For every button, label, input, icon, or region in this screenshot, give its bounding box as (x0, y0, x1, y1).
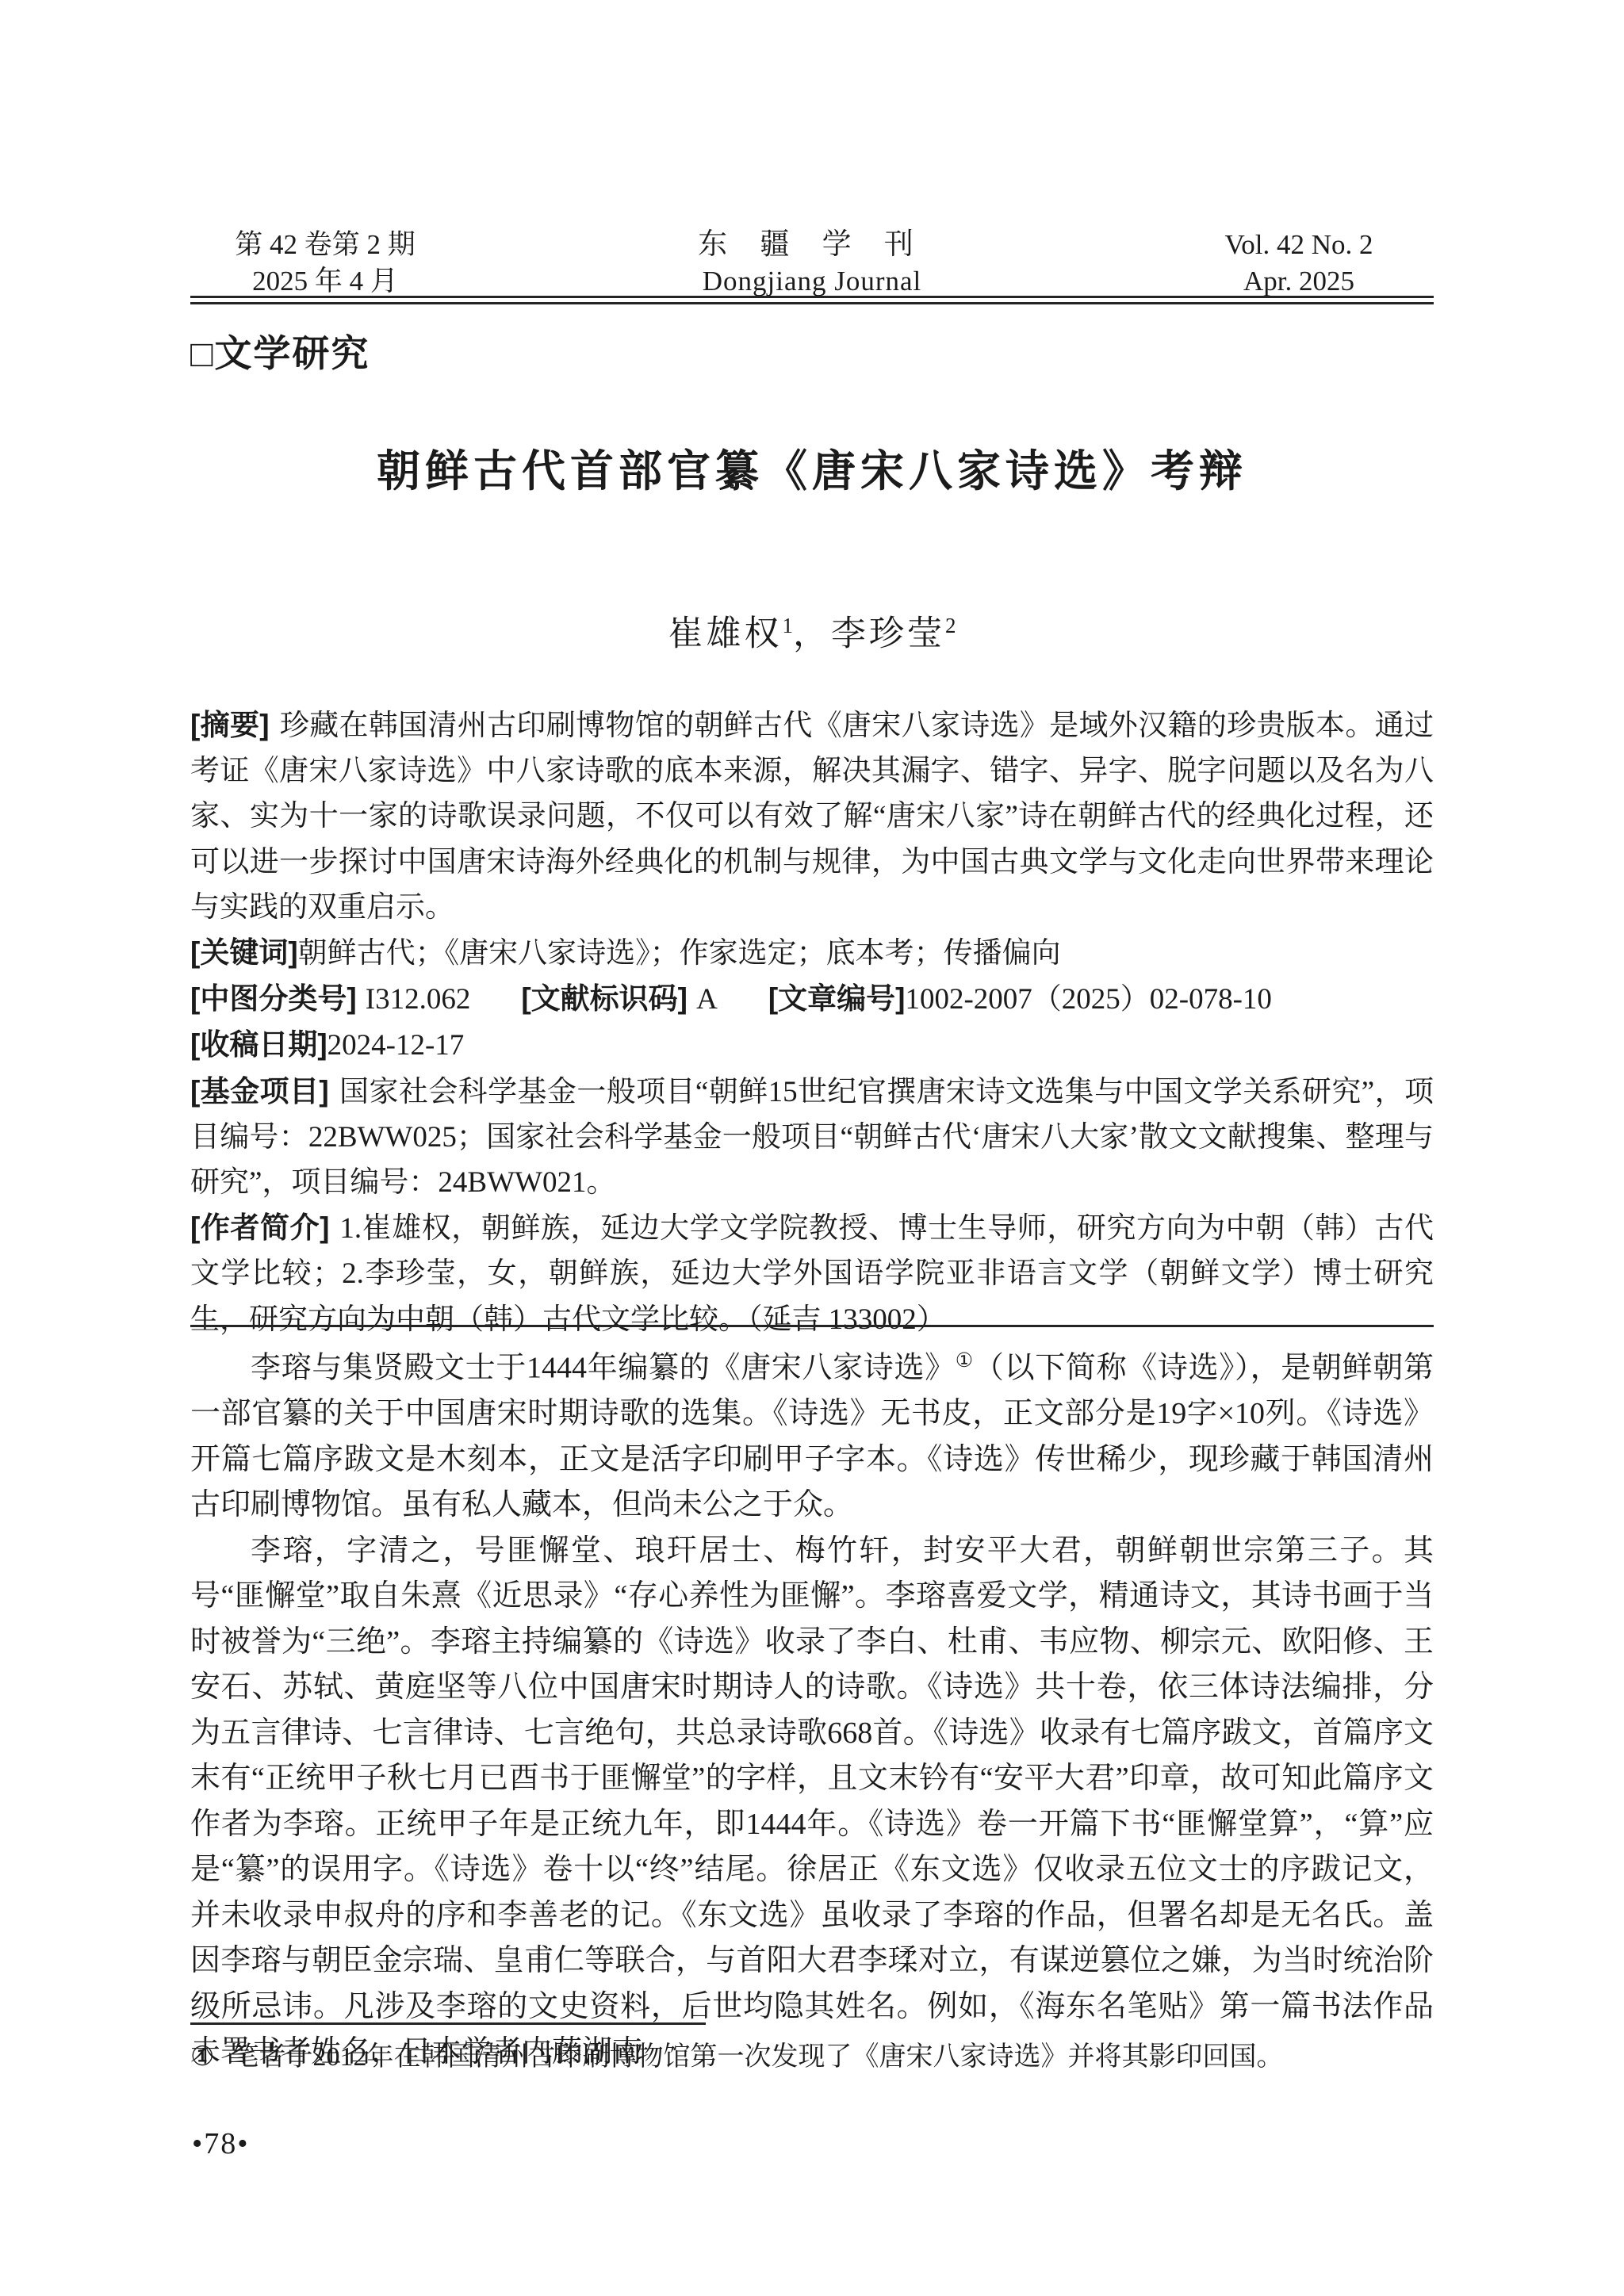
body-paragraph-1: 李瑢与集贤殿文士于1444年编纂的《唐宋八家诗选》①（以下简称《诗选》），是朝鲜… (190, 1338, 1434, 1529)
authors-line: 崔雄权1，李珍莹2 (0, 601, 1624, 659)
clc-value: I312.062 (366, 983, 471, 1016)
journal-masthead: 第 42 卷第 2 期 2025 年 4 月 东 疆 学 刊 Dongjiang… (190, 227, 1434, 300)
masthead-issue-block: 第 42 卷第 2 期 2025 年 4 月 (190, 227, 460, 300)
keywords-label: [关键词] (190, 936, 298, 969)
footnote-marker: ① (190, 2042, 214, 2072)
masthead-volume-block: Vol. 42 No. 2 Apr. 2025 (1164, 227, 1434, 300)
bio-label: [作者简介] (190, 1211, 329, 1244)
keywords-text: 朝鲜古代；《唐宋八家诗选》；作家选定；底本考；传播偏向 (298, 937, 1061, 970)
author-1-name: 崔雄权 (668, 614, 783, 653)
received-label: [收稿日期] (190, 1028, 327, 1061)
received-value: 2024-12-17 (327, 1029, 465, 1062)
body-paragraph-2: 李瑢，字清之，号匪懈堂、琅玕居士、梅竹轩，封安平大君，朝鲜朝世宗第三子。其号“匪… (190, 1529, 1434, 2076)
received-line: [收稿日期]2024-12-17 (190, 1022, 1434, 1068)
footnote-ref-1: ① (956, 1350, 974, 1372)
author-2-affiliation-sup: 2 (945, 614, 956, 637)
abstract-text: 珍藏在韩国清州古印刷博物馆的朝鲜古代《唐宋八家诗选》是域外汉籍的珍贵版本。通过考… (190, 710, 1434, 924)
article-title: 朝鲜古代首部官纂《唐宋八家诗选》考辩 (0, 444, 1624, 499)
fund-paragraph: [基金项目]国家社会科学基金一般项目“朝鲜15世纪官撰唐宋诗文选集与中国文学关系… (190, 1069, 1434, 1206)
doc-code-label: [文献标识码] (521, 982, 688, 1015)
author-2-name: 李珍莹 (831, 614, 945, 653)
issue-volume-cn: 第 42 卷第 2 期 (190, 227, 460, 263)
abstract-label: [摘要] (190, 709, 270, 741)
bio-text: 1.崔雄权，朝鲜族，延边大学文学院教授、博士生导师，研究方向为中朝（韩）古代文学… (190, 1212, 1434, 1335)
abstract-paragraph: [摘要]珍藏在韩国清州古印刷博物馆的朝鲜古代《唐宋八家诗选》是域外汉籍的珍贵版本… (190, 702, 1434, 930)
footnote-separator-rule (190, 2022, 706, 2025)
meta-line: [中图分类号]I312.062[文献标识码]A[文章编号]1002-2007（2… (190, 976, 1434, 1022)
masthead-divider-rule (190, 296, 1434, 304)
doc-code-value: A (696, 983, 718, 1016)
bio-paragraph: [作者简介]1.崔雄权，朝鲜族，延边大学文学院教授、博士生导师，研究方向为中朝（… (190, 1205, 1434, 1342)
journal-title-cn: 东 疆 学 刊 (460, 227, 1164, 263)
journal-title-en: Dongjiang Journal (460, 263, 1164, 300)
front-matter: [摘要]珍藏在韩国清州古印刷博物馆的朝鲜古代《唐宋八家诗选》是域外汉籍的珍贵版本… (190, 702, 1434, 1342)
footnote-text: 笔者于2012年在韩国清州古印刷博物馆第一次发现了《唐宋八家诗选》并将其影印回国… (232, 2042, 1283, 2072)
article-body: 李瑢与集贤殿文士于1444年编纂的《唐宋八家诗选》①（以下简称《诗选》），是朝鲜… (190, 1338, 1434, 2076)
author-1-affiliation-sup: 1 (783, 614, 794, 637)
fund-label: [基金项目] (190, 1075, 329, 1108)
front-matter-divider-rule (190, 1325, 1434, 1327)
page-number: •78• (192, 2126, 250, 2161)
footnote: ①笔者于2012年在韩国清州古印刷博物馆第一次发现了《唐宋八家诗选》并将其影印回… (190, 2038, 1434, 2077)
article-id-value: 1002-2007（2025）02-078-10 (905, 983, 1271, 1016)
fund-text: 国家社会科学基金一般项目“朝鲜15世纪官撰唐宋诗文选集与中国文学关系研究”，项目… (190, 1076, 1434, 1199)
body-paragraph-1-text: 李瑢与集贤殿文士于1444年编纂的《唐宋八家诗选》 (251, 1352, 956, 1385)
clc-label: [中图分类号] (190, 982, 357, 1015)
keywords-paragraph: [关键词]朝鲜古代；《唐宋八家诗选》；作家选定；底本考；传播偏向 (190, 930, 1434, 976)
masthead-title-block: 东 疆 学 刊 Dongjiang Journal (460, 227, 1164, 300)
authors-separator: ， (793, 614, 831, 653)
section-label: □文学研究 (190, 334, 370, 373)
issue-date-en: Apr. 2025 (1164, 263, 1434, 300)
issue-volume-en: Vol. 42 No. 2 (1164, 227, 1434, 263)
article-id-label: [文章编号] (768, 982, 906, 1015)
issue-date-cn: 2025 年 4 月 (190, 263, 460, 300)
